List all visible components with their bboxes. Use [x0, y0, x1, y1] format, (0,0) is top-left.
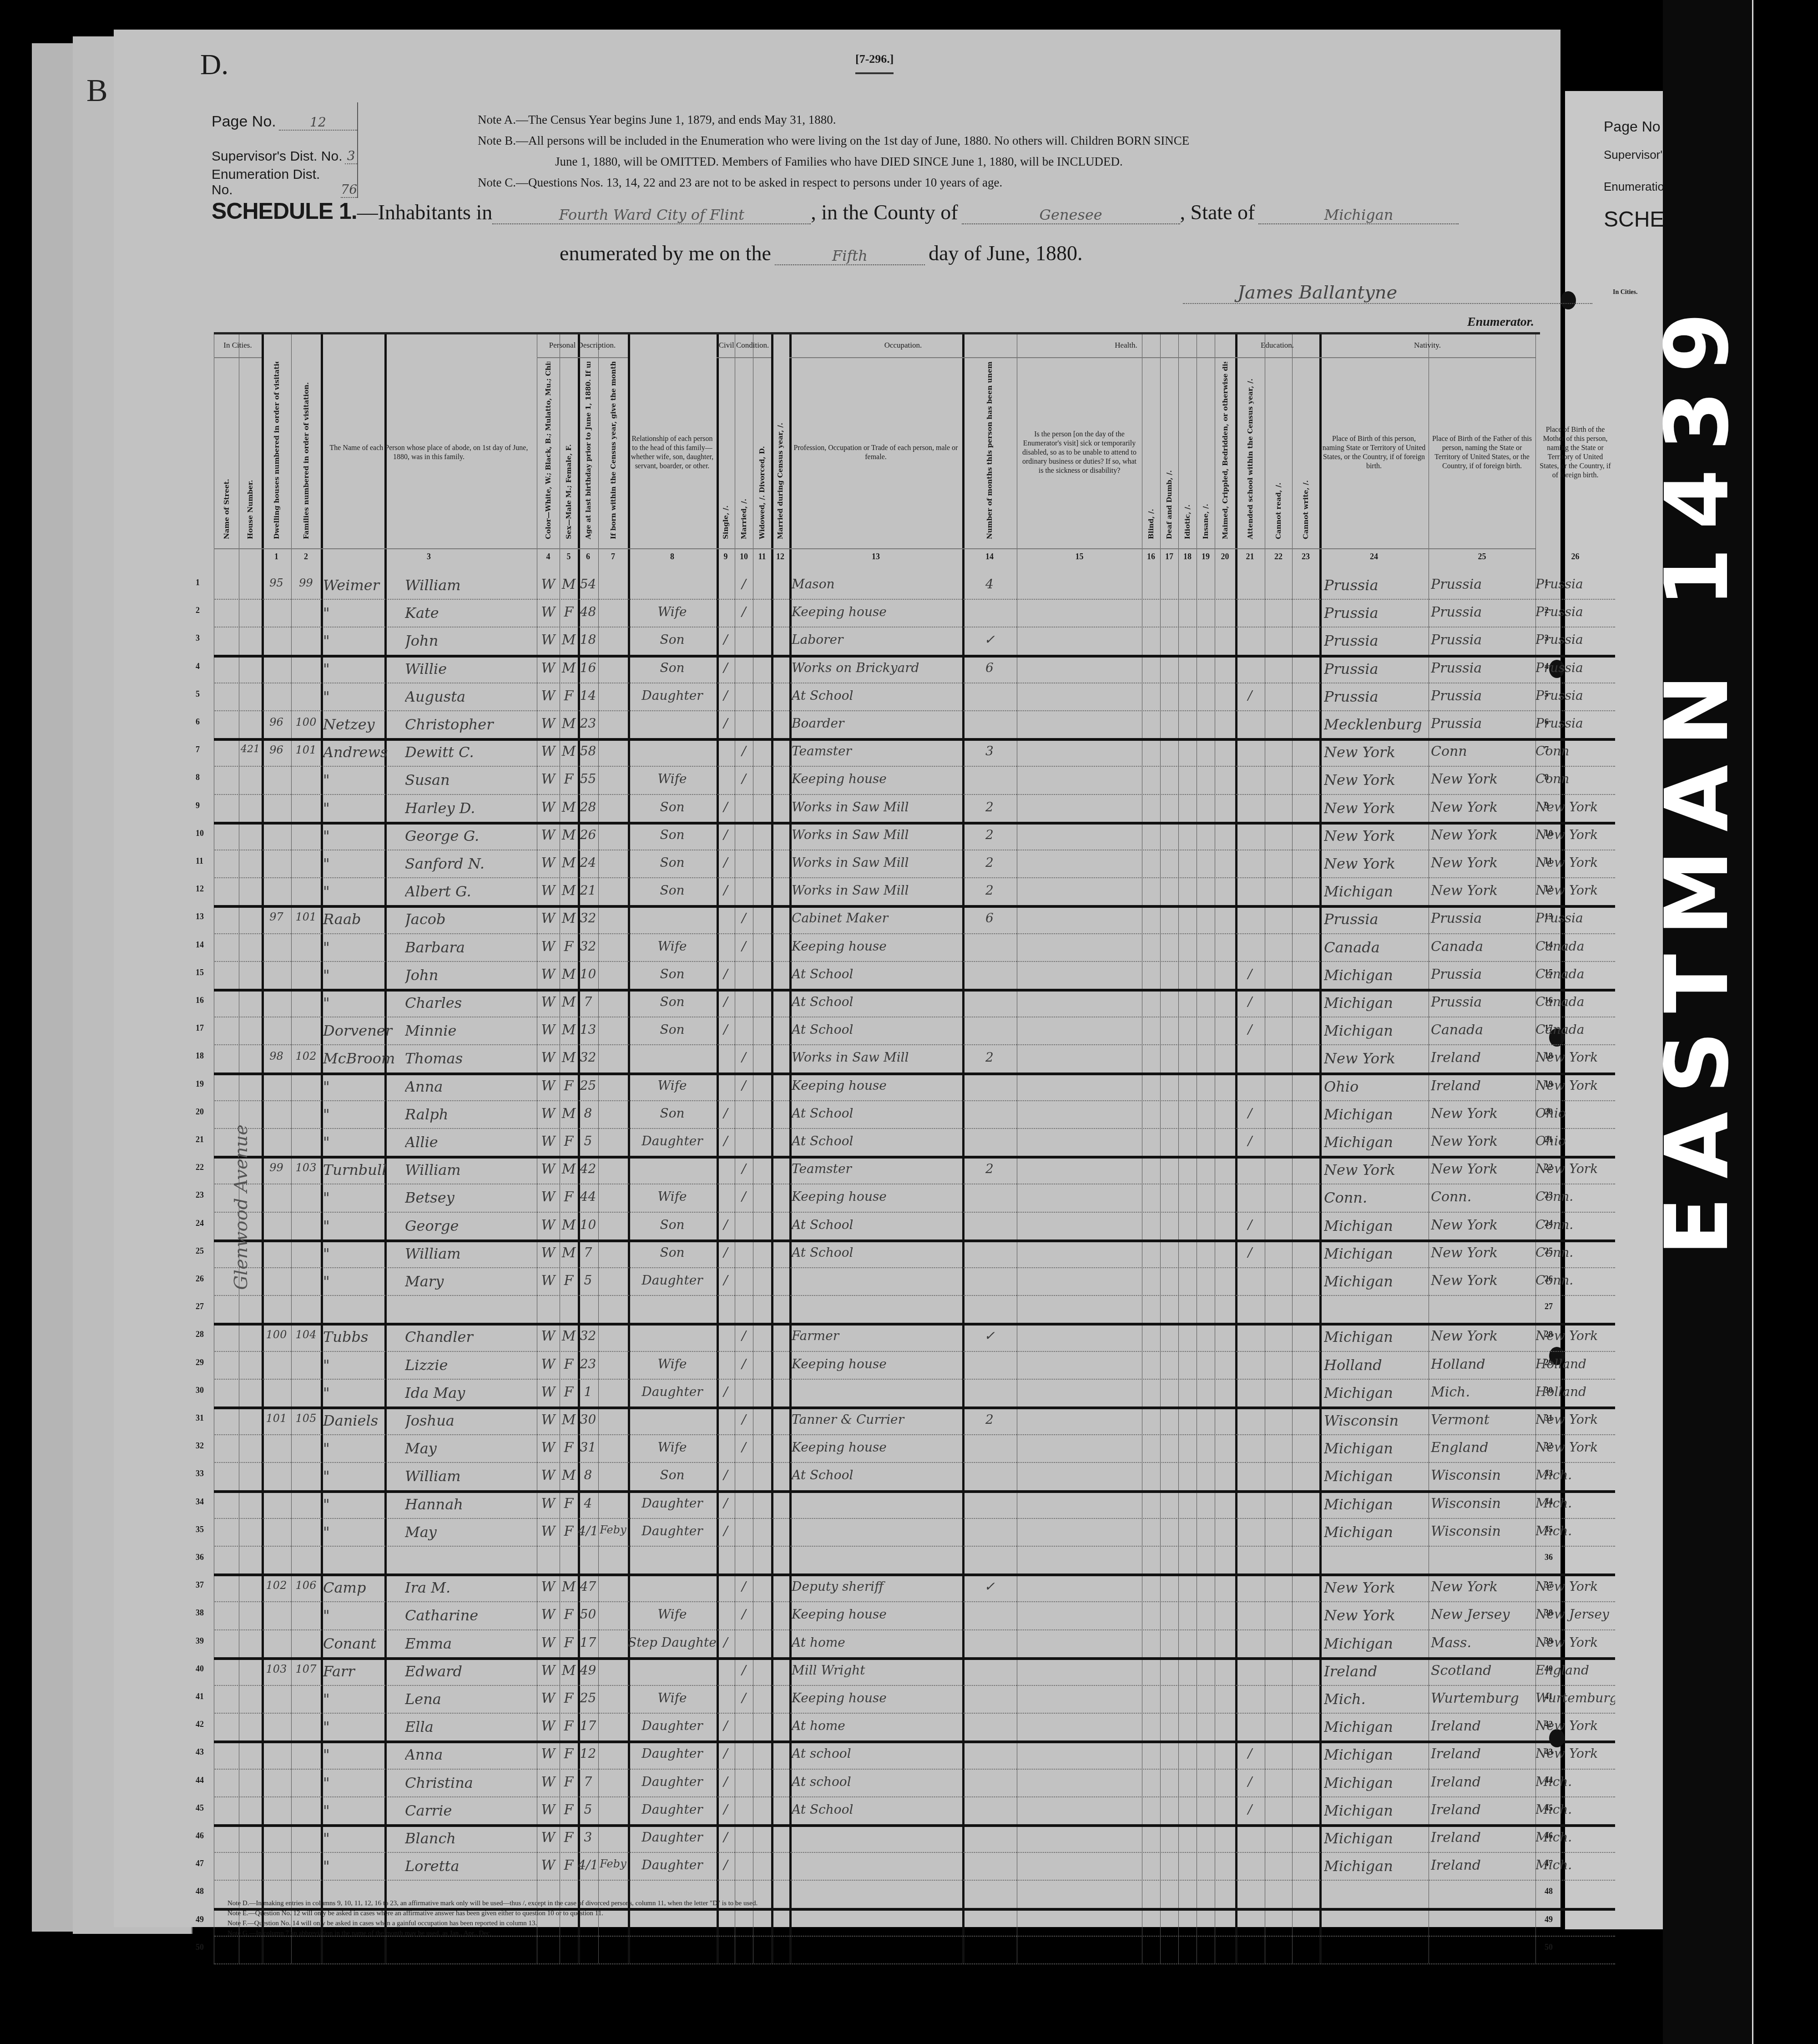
cell-sex: F [560, 1857, 578, 1873]
table-row: "EllaWF17Daughter/At homeMichiganIreland… [214, 1713, 1535, 1740]
cell-rel: Daughter [628, 1802, 717, 1817]
cell-school: / [1235, 1217, 1265, 1232]
cell-school: / [1235, 1802, 1265, 1817]
cell-given: Betsey [405, 1189, 537, 1206]
cell-married: / [735, 1356, 753, 1371]
cell-rel: Daughter [628, 1718, 717, 1733]
cell-age: 32 [578, 1328, 598, 1343]
table-row [214, 1295, 1535, 1323]
column-header: Married, /. [735, 362, 753, 544]
cell-color: W [537, 1523, 560, 1539]
table-row: "Sanford N.WM24Son/Works in Saw Mill2New… [214, 850, 1535, 877]
table-row: "BetseyWF44Wife/Keeping houseConn.Conn.C… [214, 1184, 1535, 1211]
cell-mother: Prussia [1535, 660, 1615, 675]
table-row: "Ida MayWF1Daughter/MichiganMich.Holland [214, 1379, 1535, 1407]
cell-sex: M [560, 632, 578, 648]
cell-father: Wurtemburg [1431, 1690, 1535, 1706]
table-row: "AllieWF5Daughter/At School/MichiganNew … [214, 1128, 1535, 1156]
cell-mother: New Jersey [1535, 1607, 1615, 1622]
table-row: "MaryWF5Daughter/MichiganNew YorkConn. [214, 1267, 1535, 1295]
cell-mother: New York [1535, 1635, 1615, 1650]
note-f: Note F.—Question No. 14 will only be ask… [227, 1918, 757, 1928]
cell-age: 28 [578, 799, 598, 815]
row-number: 29 [196, 1358, 204, 1367]
cell-sex: F [560, 1133, 578, 1149]
cell-age: 49 [578, 1663, 598, 1678]
row-number: 18 [196, 1051, 204, 1061]
cell-father: Ireland [1431, 1050, 1535, 1066]
cell-surname: Dorvener [323, 1022, 405, 1039]
cell-unemployed: 2 [962, 827, 1017, 842]
column-header: Sex—Male M.; Female, F. [560, 362, 578, 544]
cell-color: W [537, 604, 560, 620]
cell-surname: " [323, 1830, 405, 1847]
cell-mother: New York [1535, 1161, 1615, 1176]
schedule-heading: SCHEDULE 1. —Inhabitants in Fourth Ward … [212, 198, 1558, 224]
cell-surname: " [323, 855, 405, 872]
column-group-header: Health. [1017, 341, 1235, 350]
cell-surname: Raab [323, 911, 405, 928]
cell-surname: " [323, 799, 405, 817]
cell-color: W [537, 660, 560, 676]
cell-occupation: Works in Saw Mill [792, 883, 962, 898]
row-number: 42 [196, 1720, 204, 1729]
cell-color: W [537, 1133, 560, 1149]
cell-single: / [717, 994, 735, 1009]
cell-mother: New York [1535, 1440, 1615, 1455]
cell-married: / [735, 771, 753, 786]
cell-rel: Wife [628, 604, 717, 619]
column-number: 9 [717, 552, 735, 562]
column-header: Age at last birthday prior to June 1, 18… [578, 362, 598, 544]
cell-father: Mich. [1431, 1384, 1535, 1400]
cell-single: / [717, 1635, 735, 1650]
table-row: "BlanchWF3Daughter/MichiganIrelandMich. [214, 1824, 1535, 1852]
schedule-title: SCHEDULE 1. [212, 198, 357, 224]
cell-color: W [537, 911, 560, 926]
column-header: Families numbered in order of visitation… [291, 362, 321, 544]
cell-age: 5 [578, 1273, 598, 1288]
cell-occupation: Keeping house [792, 1440, 962, 1455]
cell-family: 99 [291, 577, 321, 589]
cell-father: Conn. [1431, 1189, 1535, 1205]
cell-birth: Wisconsin [1324, 1412, 1429, 1429]
cell-rel: Son [628, 632, 717, 647]
cell-father: Ireland [1431, 1857, 1535, 1873]
column-number: 1 [262, 552, 291, 562]
cell-married: / [735, 1440, 753, 1455]
cell-father: Ireland [1431, 1830, 1535, 1846]
cell-mother: New York [1535, 1078, 1615, 1093]
cell-surname: Andrews [323, 744, 405, 761]
row-number: 28 [196, 1330, 204, 1339]
cell-dwelling: 102 [262, 1579, 291, 1592]
cell-color: W [537, 1106, 560, 1122]
column-number: 13 [789, 552, 962, 562]
cell-birth: New York [1324, 1161, 1429, 1179]
cell-color: W [537, 1635, 560, 1651]
cell-occupation: Works in Saw Mill [792, 827, 962, 842]
cell-sex: M [560, 1663, 578, 1679]
cell-age: 44 [578, 1189, 598, 1204]
cell-age: 24 [578, 855, 598, 870]
cell-given: Joshua [405, 1412, 537, 1429]
cell-rel: Daughter [628, 1496, 717, 1511]
cell-occupation: Tanner & Currier [792, 1412, 962, 1427]
cell-birth: Prussia [1324, 577, 1429, 594]
cell-age: 17 [578, 1718, 598, 1733]
cell-given: Thomas [405, 1050, 537, 1067]
table-row: "CatharineWF50Wife/Keeping houseNew York… [214, 1601, 1535, 1629]
cell-unemployed: 2 [962, 883, 1017, 898]
cell-school: / [1235, 966, 1265, 982]
note-c: Note C.—Questions Nos. 13, 14, 22 and 23… [478, 172, 1547, 193]
cell-father: New York [1431, 827, 1535, 843]
cell-father: New York [1431, 855, 1535, 871]
cell-rel: Daughter [628, 688, 717, 703]
cell-unemployed: ✓ [962, 1328, 1017, 1343]
row-number: 6 [196, 717, 200, 727]
column-number: 20 [1215, 552, 1235, 562]
note-d: Note D.—In making entries in columns 9, … [227, 1898, 757, 1908]
row-number: 24 [196, 1219, 204, 1228]
cell-rel: Wife [628, 771, 717, 786]
cell-single: / [717, 1384, 735, 1399]
cell-surname: Daniels [323, 1412, 405, 1429]
cell-birth: Conn. [1324, 1189, 1429, 1206]
cell-father: New York [1431, 1106, 1535, 1122]
table-row: DorvenerMinnieWM13Son/At School/Michigan… [214, 1017, 1535, 1044]
cell-single: / [717, 966, 735, 982]
cell-color: W [537, 632, 560, 648]
adjacent-in-cities-label: In Cities. [1613, 289, 1637, 296]
column-number: 23 [1292, 552, 1319, 562]
cell-age: 4/12 [578, 1523, 598, 1538]
cell-color: W [537, 1774, 560, 1790]
cell-single: / [717, 1496, 735, 1511]
cell-unemployed: 3 [962, 744, 1017, 759]
note-b-cont: June 1, 1880, will be OMITTED. Members o… [478, 151, 1547, 172]
column-number: 3 [321, 552, 537, 562]
cell-birth: Michigan [1324, 994, 1429, 1012]
column-header: Profession, Occupation or Trade of each … [789, 362, 962, 544]
cell-occupation: Mason [792, 577, 962, 592]
cell-married: / [735, 1161, 753, 1176]
cell-sex: F [560, 1607, 578, 1623]
table-row: "Albert G.WM21Son/Works in Saw Mill2Mich… [214, 877, 1535, 905]
cell-age: 13 [578, 1022, 598, 1037]
cell-occupation: Boarder [792, 716, 962, 731]
cell-color: W [537, 1078, 560, 1094]
cell-color: W [537, 1384, 560, 1400]
cell-surname: " [323, 1106, 405, 1123]
cell-married: / [735, 744, 753, 759]
cell-given: Susan [405, 771, 537, 789]
cell-birth: Michigan [1324, 966, 1429, 984]
table-row: "LorettaWF4/12FebyDaughter/MichiganIrela… [214, 1852, 1535, 1880]
cell-surname: Farr [323, 1663, 405, 1680]
cell-given: Augusta [405, 688, 537, 705]
column-number: 10 [735, 552, 753, 562]
cell-given: William [405, 1161, 537, 1179]
cell-single: / [717, 827, 735, 842]
cell-occupation: Works in Saw Mill [792, 855, 962, 870]
cell-mother: Mich. [1535, 1802, 1615, 1817]
cell-color: W [537, 771, 560, 787]
column-group-header: Civil Condition. [717, 341, 771, 350]
cell-month: Feby [598, 1523, 628, 1536]
cell-given: Mary [405, 1273, 537, 1290]
row-number: 49 [1545, 1915, 1553, 1924]
cell-sex: F [560, 1496, 578, 1512]
row-number: 14 [196, 940, 204, 950]
cell-given: Chandler [405, 1328, 537, 1346]
cell-mother: Ohio [1535, 1133, 1615, 1148]
cell-mother: Canada [1535, 939, 1615, 954]
cell-surname: " [323, 1523, 405, 1541]
cell-sex: F [560, 1718, 578, 1734]
cell-rel: Son [628, 966, 717, 982]
cell-school: / [1235, 688, 1265, 703]
cell-birth: Prussia [1324, 660, 1429, 678]
cell-sex: M [560, 799, 578, 815]
cell-married: / [735, 1078, 753, 1093]
cell-surname: " [323, 1356, 405, 1374]
cell-rel: Son [628, 827, 717, 842]
cell-age: 5 [578, 1133, 598, 1148]
cell-birth: Ireland [1324, 1663, 1429, 1680]
table-row: 42196101AndrewsDewitt C.WM58/Teamster3Ne… [214, 738, 1535, 766]
cell-age: 50 [578, 1607, 598, 1622]
cell-surname: " [323, 1078, 405, 1095]
cell-rel: Son [628, 1467, 717, 1482]
table-row: 99103TurnbullWilliamWM42/Teamster2New Yo… [214, 1156, 1535, 1184]
cell-dwelling: 101 [262, 1412, 291, 1425]
cell-sex: M [560, 883, 578, 899]
cell-color: W [537, 1802, 560, 1818]
adjacent-enumeration-label: Enumeratio [1604, 180, 1664, 194]
cell-father: New York [1431, 799, 1535, 815]
cell-family: 102 [291, 1050, 321, 1062]
cell-rel: Son [628, 994, 717, 1009]
column-header: Married during Census year, /. [771, 362, 789, 544]
stamp-number: 1439 [1647, 294, 1747, 608]
column-number: 5 [560, 552, 578, 562]
cell-surname: " [323, 632, 405, 649]
cell-given: Ira M. [405, 1579, 537, 1596]
cell-birth: Michigan [1324, 1133, 1429, 1151]
row-number: 46 [196, 1831, 204, 1841]
column-number: 2 [291, 552, 321, 562]
cell-surname: " [323, 1273, 405, 1290]
cell-father: New York [1431, 771, 1535, 787]
cell-unemployed: ✓ [962, 1579, 1017, 1594]
row-number: 9 [196, 801, 200, 810]
cell-color: W [537, 1022, 560, 1038]
cell-rel: Wife [628, 939, 717, 954]
cell-surname: " [323, 771, 405, 789]
table-row: "LenaWF25Wife/Keeping houseMich.Wurtembu… [214, 1685, 1535, 1713]
bottom-notes: Note D.—In making entries in columns 9, … [227, 1898, 757, 1938]
column-header: Maimed, Crippled, Bedridden, or otherwis… [1215, 362, 1235, 544]
cell-sex: M [560, 1245, 578, 1261]
cell-single: / [717, 799, 735, 815]
cell-mother: New York [1535, 1050, 1615, 1065]
cell-given: Anna [405, 1078, 537, 1095]
cell-given: Dewitt C. [405, 744, 537, 761]
cell-father: New York [1431, 1161, 1535, 1177]
cell-occupation: At home [792, 1635, 962, 1650]
cell-given: Ralph [405, 1106, 537, 1123]
cell-birth: Michigan [1324, 1830, 1429, 1847]
cell-sex: M [560, 716, 578, 732]
row-rule [214, 1963, 1615, 1964]
cell-birth: Michigan [1324, 1774, 1429, 1791]
cell-age: 14 [578, 688, 598, 703]
cell-given: Carrie [405, 1802, 537, 1819]
cell-age: 23 [578, 1356, 598, 1371]
table-row: "George G.WM26Son/Works in Saw Mill2New … [214, 822, 1535, 850]
cell-age: 32 [578, 1050, 598, 1065]
cell-given: Emma [405, 1635, 537, 1652]
cell-sex: F [560, 1384, 578, 1400]
cell-married: / [735, 1328, 753, 1343]
cell-surname: " [323, 827, 405, 845]
cell-color: W [537, 1579, 560, 1595]
cell-sex: F [560, 604, 578, 620]
row-number: 17 [196, 1023, 204, 1033]
state-label: , State of [1180, 200, 1255, 224]
row-number: 13 [196, 912, 204, 921]
page-no-label: Page No. [212, 113, 276, 131]
table-row: "CarrieWF5Daughter/At School/MichiganIre… [214, 1796, 1535, 1824]
cell-mother: Mich. [1535, 1830, 1615, 1845]
supervisor-dist-label: Supervisor's Dist. No. [212, 149, 342, 164]
cell-father: Prussia [1431, 604, 1535, 620]
row-number: 48 [1545, 1887, 1553, 1896]
cell-father: New York [1431, 1273, 1535, 1289]
cell-age: 26 [578, 827, 598, 842]
row-number: 3 [196, 633, 200, 643]
cell-given: Allie [405, 1133, 537, 1151]
cell-mother: Prussia [1535, 577, 1615, 592]
column-number: 7 [598, 552, 628, 562]
cell-surname: " [323, 1802, 405, 1819]
cell-surname: " [323, 1774, 405, 1791]
cell-married: / [735, 1050, 753, 1065]
cell-occupation: Keeping house [792, 1356, 962, 1371]
cell-given: Anna [405, 1746, 537, 1763]
cell-family: 100 [291, 716, 321, 729]
cell-married: / [735, 1663, 753, 1678]
cell-given: Charles [405, 994, 537, 1012]
row-number: 1 [196, 578, 200, 587]
table-row: "RalphWM8Son/At School/MichiganNew YorkO… [214, 1100, 1535, 1128]
census-table: In Cities.Personal Description.Civil Con… [214, 332, 1540, 1963]
cell-family: 105 [291, 1412, 321, 1425]
column-number: 16 [1142, 552, 1160, 562]
cell-color: W [537, 1690, 560, 1706]
row-number: 50 [196, 1943, 204, 1952]
cell-father: New York [1431, 1579, 1535, 1595]
column-number: 6 [578, 552, 598, 562]
column-group-header: Nativity. [1319, 341, 1535, 350]
adjacent-supervisor-label: Supervisor's [1604, 148, 1668, 162]
cell-age: 18 [578, 632, 598, 647]
cell-birth: New York [1324, 1050, 1429, 1067]
page-no-value: 12 [279, 115, 357, 131]
cell-occupation: At School [792, 1106, 962, 1121]
column-number: 11 [753, 552, 771, 562]
cell-unemployed: ✓ [962, 632, 1017, 647]
cell-mother: New York [1535, 1579, 1615, 1594]
cell-family: 104 [291, 1328, 321, 1341]
column-header: The Name of each Person whose place of a… [321, 362, 537, 544]
cell-mother: Prussia [1535, 632, 1615, 647]
cell-father: England [1431, 1440, 1535, 1456]
cell-given: Loretta [405, 1857, 537, 1875]
column-number: 4 [537, 552, 560, 562]
cell-occupation: At School [792, 1802, 962, 1817]
table-row: 101105DanielsJoshuaWM30/Tanner & Currier… [214, 1407, 1535, 1434]
column-number: 19 [1197, 552, 1215, 562]
cell-sex: M [560, 855, 578, 871]
row-number: 35 [196, 1525, 204, 1534]
cell-birth: New York [1324, 744, 1429, 761]
table-row [214, 1936, 1535, 1963]
table-row: "KateWF48Wife/Keeping housePrussiaPrussi… [214, 599, 1535, 627]
cell-birth: Canada [1324, 939, 1429, 956]
cell-given: Lena [405, 1690, 537, 1708]
cell-age: 7 [578, 1245, 598, 1260]
table-row: 100104TubbsChandlerWM32/Farmer✓MichiganN… [214, 1323, 1535, 1351]
cell-mother: New York [1535, 1412, 1615, 1427]
cell-color: W [537, 827, 560, 843]
row-number: 8 [196, 773, 200, 782]
cell-sex: F [560, 1189, 578, 1205]
cell-color: W [537, 1718, 560, 1734]
table-row: "GeorgeWM10Son/At School/MichiganNew Yor… [214, 1212, 1535, 1240]
cell-given: Christopher [405, 716, 537, 733]
cell-age: 30 [578, 1412, 598, 1427]
cell-mother: Conn. [1535, 1245, 1615, 1260]
column-header: Insane, /. [1197, 362, 1215, 544]
place-value: Fourth Ward City of Flint [492, 206, 811, 224]
cell-surname: " [323, 1718, 405, 1735]
cell-mother: Conn. [1535, 1189, 1615, 1204]
cell-father: Canada [1431, 939, 1535, 955]
cell-color: W [537, 799, 560, 815]
row-number: 4 [196, 662, 200, 671]
cell-sex: M [560, 1161, 578, 1177]
column-group-header: Education. [1235, 341, 1319, 350]
table-row: ConantEmmaWF17Step Daughter/At homeMichi… [214, 1629, 1535, 1657]
cell-birth: New York [1324, 1579, 1429, 1596]
cell-given: May [405, 1440, 537, 1457]
cell-occupation: Keeping house [792, 1607, 962, 1622]
cell-given: Harley D. [405, 799, 537, 817]
cell-rel: Daughter [628, 1746, 717, 1761]
cell-mother: Mich. [1535, 1523, 1615, 1538]
divider [357, 102, 358, 198]
row-number: 20 [196, 1107, 204, 1117]
cell-birth: Michigan [1324, 1384, 1429, 1401]
cell-sex: F [560, 1523, 578, 1539]
column-header: Widowed, /. Divorced, D. [753, 362, 771, 544]
row-number: 40 [196, 1664, 204, 1674]
cell-unemployed: 2 [962, 1050, 1017, 1065]
cell-family: 107 [291, 1663, 321, 1675]
